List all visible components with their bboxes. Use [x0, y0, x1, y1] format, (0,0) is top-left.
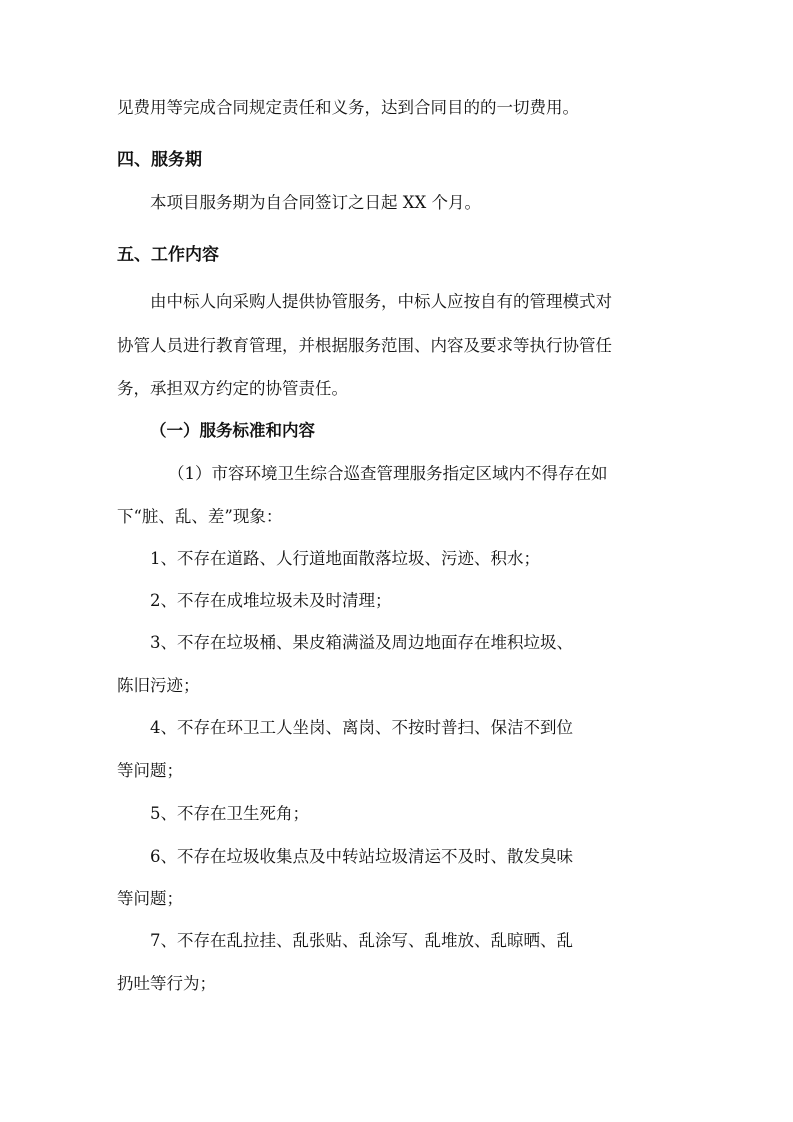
paragraph-line: 扔吐等行为； [117, 974, 216, 994]
paragraph-line: 下“脏、乱、差”现象： [117, 507, 282, 527]
paragraph-line: 务，承担双方约定的协管责任。 [117, 379, 348, 399]
paragraph-line: 3、不存在垃圾桶、果皮箱满溢及周边地面存在堆积垃圾、 [150, 633, 573, 653]
section-heading: 五、工作内容 [117, 245, 219, 265]
section-subheading: （一）服务标准和内容 [150, 421, 315, 441]
paragraph-line: 陈旧污迹； [117, 676, 200, 696]
paragraph-line: 等问题； [117, 761, 183, 781]
section-heading: 四、服务期 [117, 150, 202, 170]
paragraph-line: 见费用等完成合同规定责任和义务，达到合同目的的一切费用。 [117, 98, 579, 118]
paragraph-line: 5、不存在卫生死角； [150, 804, 309, 824]
paragraph-line: 由中标人向采购人提供协管服务，中标人应按自有的管理模式对 [150, 292, 612, 312]
paragraph-line: 1、不存在道路、人行道地面散落垃圾、污迹、积水； [150, 549, 540, 569]
paragraph-line: 4、不存在环卫工人坐岗、离岗、不按时普扫、保洁不到位 [150, 718, 573, 738]
paragraph-line: 6、不存在垃圾收集点及中转站垃圾清运不及时、散发臭味 [150, 847, 573, 867]
paragraph-line: 本项目服务期为自合同签订之日起 XX 个月。 [150, 193, 481, 213]
paragraph-line: 等问题； [117, 889, 183, 909]
paragraph-line: 协管人员进行教育管理，并根据服务范围、内容及要求等执行协管任 [117, 336, 612, 356]
paragraph-line: （1）市容环境卫生综合巡查管理服务指定区域内不得存在如 [168, 464, 608, 484]
paragraph-line: 2、不存在成堆垃圾未及时清理； [150, 591, 392, 611]
paragraph-line: 7、不存在乱拉挂、乱张贴、乱涂写、乱堆放、乱晾晒、乱 [150, 931, 573, 951]
